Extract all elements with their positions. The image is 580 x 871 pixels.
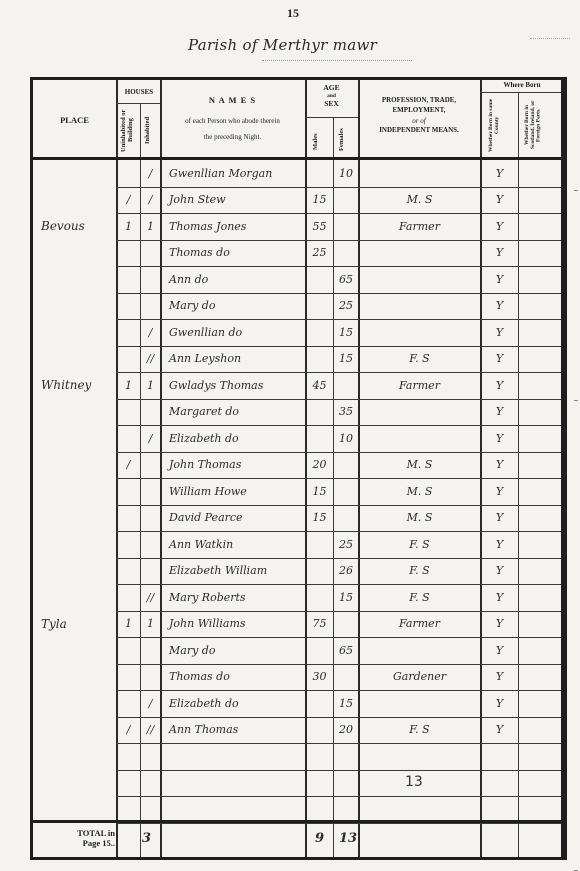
table-row: Mary do65Y [33,637,561,664]
cell-female: 25 [334,293,358,320]
cell-male [306,531,333,558]
cell-profession: F. S [359,558,480,585]
cell-male [306,637,333,664]
cell-same-county: Y [481,240,518,267]
cell-uninhabited [117,160,140,187]
cell-male: 75 [306,611,333,638]
cell-profession [359,293,480,320]
cell-profession [359,743,480,770]
cell-male [306,266,333,293]
cell-same-county [481,770,518,797]
cell-inhabited: 1 [141,372,160,399]
cell-same-county: Y [481,478,518,505]
header-names-sub2: the preceding Night. [160,133,305,141]
corner-mark [530,38,570,39]
cell-same-county: Y [481,505,518,532]
cell-name: Mary do [161,637,313,664]
cell-name: Mary Roberts [161,584,313,611]
table-row: /Gwenllian Morgan10Y [33,160,561,187]
header-females: Females [339,124,353,155]
cell-uninhabited [117,558,140,585]
header-inhabited: Inhabited [145,107,157,154]
header-born-same-county: Whether Born in same County [489,95,511,155]
cell-female: 20 [334,717,358,744]
cell-female: 10 [334,160,358,187]
cell-same-county: Y [481,452,518,479]
table-row: Thomas do30GardenerY [33,664,561,691]
header-names: N A M E S [160,96,305,106]
cell-inhabited: / [141,187,160,214]
cell-inhabited [141,293,160,320]
place-name: Tyla [41,617,67,631]
cell-name: Ann Watkin [161,531,313,558]
cell-inhabited [141,558,160,585]
cell-inhabited: // [141,346,160,373]
cell-male [306,717,333,744]
cell-female: 65 [334,266,358,293]
page-number: 15 [287,6,299,21]
cell-inhabited: / [141,319,160,346]
cell-profession: M. S [359,452,480,479]
cell-inhabited [141,478,160,505]
cell-male [306,690,333,717]
cell-same-county: Y [481,584,518,611]
cell-inhabited: // [141,717,160,744]
cell-profession: F. S [359,346,480,373]
cell-same-county: Y [481,611,518,638]
total-label-line2: Page 15.. [37,839,115,849]
cell-inhabited [141,770,160,797]
cell-female: 65 [334,637,358,664]
cell-inhabited [141,505,160,532]
cell-inhabited [141,796,160,823]
total-top-line [33,820,561,823]
cell-uninhabited: / [117,717,140,744]
cell-uninhabited: 1 [117,372,140,399]
cell-profession [359,637,480,664]
cell-female [334,611,358,638]
table-row: David Pearce15M. SY [33,505,561,532]
cell-profession [359,319,480,346]
cell-same-county: Y [481,266,518,293]
cell-uninhabited: / [117,452,140,479]
cell-name [161,770,313,797]
total-females: 13 [339,831,357,846]
header-where-born: Where Born [480,81,564,89]
cell-female: 35 [334,399,358,426]
cell-name: William Howe [161,478,313,505]
cell-male [306,293,333,320]
cell-uninhabited [117,346,140,373]
cell-same-county: Y [481,399,518,426]
cell-female [334,478,358,505]
cell-profession: Farmer [359,213,480,240]
cell-profession: M. S [359,187,480,214]
cell-male: 45 [306,372,333,399]
cell-uninhabited [117,743,140,770]
header-names-sub1: of each Person who abode therein [160,117,305,125]
cell-name: Margaret do [161,399,313,426]
place-name: Bevous [41,219,85,233]
header-profession-4: INDEPENDENT MEANS. [358,126,480,134]
cell-male: 20 [306,452,333,479]
cell-same-county: Y [481,717,518,744]
cell-inhabited: // [141,584,160,611]
table-row: 11Gwladys Thomas45FarmerY [33,372,561,399]
cell-inhabited: 1 [141,213,160,240]
header-born-elsewhere: Whether Born in Scotland, Ireland, or Fo… [525,95,557,155]
table-row [33,770,561,797]
cell-female: 15 [334,584,358,611]
cell-male [306,770,333,797]
cell-name: David Pearce [161,505,313,532]
cell-male [306,558,333,585]
edge-mark [574,190,578,191]
cell-male: 15 [306,505,333,532]
table-row: /Elizabeth do15Y [33,690,561,717]
cell-uninhabited [117,425,140,452]
cell-name: Thomas Jones [161,213,313,240]
cell-female [334,770,358,797]
cell-uninhabited [117,478,140,505]
cell-uninhabited [117,531,140,558]
cell-uninhabited [117,293,140,320]
cell-profession: Farmer [359,611,480,638]
cell-profession: F. S [359,717,480,744]
cell-uninhabited [117,584,140,611]
cell-same-county: Y [481,346,518,373]
cell-inhabited [141,399,160,426]
cell-inhabited [141,452,160,479]
cell-name: Thomas do [161,664,313,691]
cell-profession [359,240,480,267]
total-males: 9 [315,831,324,846]
cell-male: 55 [306,213,333,240]
cell-same-county: Y [481,213,518,240]
table-row: /Elizabeth do10Y [33,425,561,452]
cell-female [334,372,358,399]
cell-uninhabited [117,796,140,823]
cell-profession [359,796,480,823]
cell-male [306,425,333,452]
cell-same-county: Y [481,319,518,346]
cell-uninhabited [117,637,140,664]
cell-same-county: Y [481,187,518,214]
cell-female [334,664,358,691]
parish-underline [262,60,412,61]
cell-name: John Thomas [161,452,313,479]
total-label: TOTAL in Page 15.. [37,829,115,849]
cell-uninhabited: 1 [117,213,140,240]
cell-male [306,796,333,823]
cell-same-county: Y [481,425,518,452]
cell-uninhabited [117,505,140,532]
cell-same-county: Y [481,664,518,691]
cell-inhabited: / [141,425,160,452]
cell-inhabited [141,531,160,558]
parish-title: Parish of Merthyr mawr [188,36,377,54]
table-row: Ann Watkin25F. SY [33,531,561,558]
cell-uninhabited [117,399,140,426]
cell-name: John Williams [161,611,313,638]
cell-name: Gwenllian Morgan [161,160,313,187]
cell-male: 25 [306,240,333,267]
total-inhabited: 3 [142,831,151,846]
table-row: Elizabeth William26F. SY [33,558,561,585]
cell-profession: F. S [359,531,480,558]
cell-name [161,743,313,770]
cell-male: 15 [306,478,333,505]
table-row: //John Stew15M. SY [33,187,561,214]
cell-name: Thomas do [161,240,313,267]
table-row [33,796,561,823]
cell-female [334,187,358,214]
cell-name: Ann Thomas [161,717,313,744]
header-place: PLACE [33,116,116,126]
table-row: //Ann Leyshon15F. SY [33,346,561,373]
cell-profession: M. S [359,478,480,505]
table-row: /Gwenllian do15Y [33,319,561,346]
header-profession-2: EMPLOYMENT, [358,106,480,114]
place-name: Whitney [41,378,91,392]
table-row: //Mary Roberts15F. SY [33,584,561,611]
cell-female [334,743,358,770]
cell-profession: Gardener [359,664,480,691]
cell-inhabited [141,240,160,267]
table-row: Thomas do25Y [33,240,561,267]
table-row: Ann do65Y [33,266,561,293]
cell-uninhabited [117,690,140,717]
cell-inhabited: / [141,160,160,187]
cell-same-county: Y [481,293,518,320]
cell-female [334,213,358,240]
cell-name: Ann Leyshon [161,346,313,373]
cell-uninhabited [117,266,140,293]
cell-same-county [481,796,518,823]
cell-inhabited: 1 [141,611,160,638]
cell-female: 15 [334,319,358,346]
age-subline [305,117,358,118]
header-uninhabited: Uninhabited or Building [121,107,137,154]
header-age: AGE [305,84,358,93]
cell-same-county: Y [481,160,518,187]
table-row: Mary do25Y [33,293,561,320]
cell-profession [359,266,480,293]
margin-tally: 13 [405,774,423,790]
cell-name: Mary do [161,293,313,320]
cell-same-county: Y [481,558,518,585]
cell-male [306,346,333,373]
cell-uninhabited [117,770,140,797]
table-row: ///Ann Thomas20F. SY [33,717,561,744]
header-males: Males [313,128,327,155]
cell-inhabited [141,266,160,293]
houses-subline [116,103,160,104]
cell-profession: F. S [359,584,480,611]
cell-name: Elizabeth do [161,690,313,717]
cell-uninhabited: 1 [117,611,140,638]
cell-male [306,160,333,187]
table-row: William Howe15M. SY [33,478,561,505]
table-row: /John Thomas20M. SY [33,452,561,479]
cell-male [306,399,333,426]
table-row [33,743,561,770]
header-profession-3: or of [358,117,480,125]
cell-uninhabited [117,319,140,346]
cell-female: 25 [334,531,358,558]
cell-uninhabited [117,664,140,691]
cell-female: 10 [334,425,358,452]
header-sex: SEX [305,100,358,109]
header-houses: HOUSES [116,88,162,96]
cell-female [334,452,358,479]
cell-female [334,505,358,532]
cell-name: Ann do [161,266,313,293]
cell-uninhabited: / [117,187,140,214]
cell-male: 15 [306,187,333,214]
cell-female: 15 [334,346,358,373]
cell-inhabited [141,664,160,691]
cell-female [334,796,358,823]
cell-profession [359,425,480,452]
table-row: Margaret do35Y [33,399,561,426]
cell-profession [359,690,480,717]
cell-inhabited: / [141,690,160,717]
cell-same-county [481,743,518,770]
cell-name: Gwenllian do [161,319,313,346]
cell-profession: M. S [359,505,480,532]
cell-inhabited [141,637,160,664]
cell-profession [359,160,480,187]
cell-uninhabited [117,240,140,267]
cell-profession [359,399,480,426]
cell-name [161,796,313,823]
cell-male: 30 [306,664,333,691]
born-subline [480,92,561,93]
cell-same-county: Y [481,637,518,664]
cell-male [306,319,333,346]
cell-same-county: Y [481,690,518,717]
cell-name: Elizabeth do [161,425,313,452]
cell-name: Gwladys Thomas [161,372,313,399]
cell-female: 15 [334,690,358,717]
cell-same-county: Y [481,372,518,399]
census-table: PLACE HOUSES Uninhabited or Building Inh… [30,77,567,860]
cell-same-county: Y [481,531,518,558]
cell-inhabited [141,743,160,770]
edge-mark [574,400,578,401]
cell-female: 26 [334,558,358,585]
cell-name: Elizabeth William [161,558,313,585]
table-row: 11John Williams75FarmerY [33,611,561,638]
cell-name: John Stew [161,187,313,214]
cell-female [334,240,358,267]
cell-male [306,743,333,770]
header-profession-1: PROFESSION, TRADE, [358,96,480,104]
cell-profession: Farmer [359,372,480,399]
table-row: 11Thomas Jones55FarmerY [33,213,561,240]
cell-male [306,584,333,611]
